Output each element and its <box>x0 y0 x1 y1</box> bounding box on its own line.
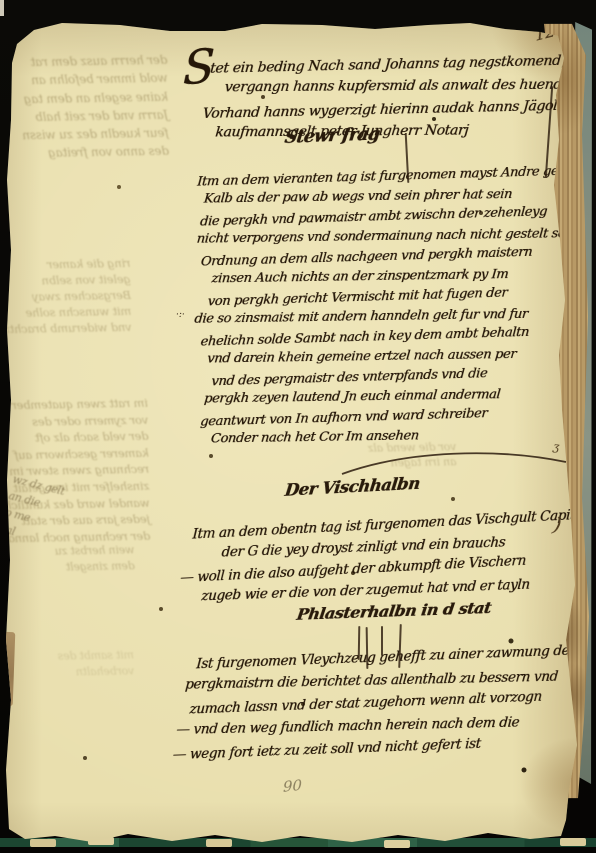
handwriting-line: wein herbst zu <box>55 542 135 559</box>
corner-paper-sliver <box>0 0 4 16</box>
bleed-through-bottom: mit sambt desvorbehaltn <box>58 647 135 680</box>
folio-mark: 90 <box>283 776 302 796</box>
handwriting-line: mit sambt des <box>58 647 134 664</box>
handwriting-line: dem zinsgelt <box>55 558 135 575</box>
intro-paragraph: tet ein beding Nach sand Johanns tag neg… <box>210 50 596 146</box>
flourish-stroke <box>381 626 383 656</box>
handwriting-line: vnd widerumb brachtn <box>2 319 131 337</box>
tax-paragraph: Itm an dem vieranten tag ist furgenomen … <box>197 163 596 451</box>
heading-tax: Stewr frag <box>283 125 380 148</box>
bleed-through-top-left: der herrn ausz dem ratwold immer befolhn… <box>21 51 169 163</box>
parchment-page: der herrn ausz dem ratwold immer befolhn… <box>0 0 596 853</box>
bleed-through-mid-left: ring die kamergeleit von selbnBergsachen… <box>1 255 131 337</box>
handwriting-line: vorbehaltn <box>58 663 134 680</box>
bleed-through-small-left: wein herbst zudem zinsgelt <box>55 542 135 574</box>
fish-paragraph: Itm an dem obentn tag ist furgenomen das… <box>192 507 582 609</box>
handwriting-line: des anno von freitag <box>23 142 169 163</box>
pavement-paragraph: Ist furgenomen Vleychzeug gehefft zu ain… <box>188 641 580 764</box>
margin-dots: ·:· <box>176 310 185 320</box>
top-ink-scribble: ·~ <box>214 24 227 37</box>
heading-flourish <box>338 446 573 480</box>
flourish-stroke <box>366 627 368 669</box>
page-repair-patch <box>0 632 15 706</box>
heading-fish: Der Vischhalbn <box>284 474 421 500</box>
manuscript-photo: der herrn ausz dem ratwold immer befolhn… <box>0 0 596 853</box>
